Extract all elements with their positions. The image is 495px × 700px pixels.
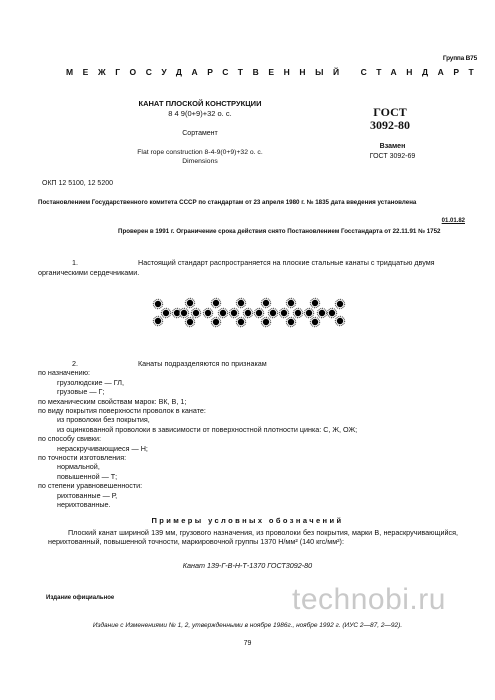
rope-diagram-icon — [150, 290, 350, 330]
item-g: грузовые — Г; — [38, 387, 468, 396]
example-designation: Канат 139-Г-В-Н-Т-1370 ГОСТ3092-80 — [0, 561, 495, 570]
subtitle-sortament: Сортамент — [100, 130, 300, 137]
replaces-standard: ГОСТ 3092-69 — [360, 152, 425, 162]
section-2-number: 2. — [38, 359, 74, 368]
official-edition-label: Издание официальное — [46, 595, 114, 601]
title-construction: 8 4 9(0+9)+32 о. с. — [100, 109, 300, 119]
document-title: КАНАТ ПЛОСКОЙ КОНСТРУКЦИИ 8 4 9(0+9)+32 … — [100, 99, 300, 119]
criteria-accuracy: по точности изготовления: — [38, 453, 468, 462]
okp-codes: ОКП 12 5100, 12 5200 — [42, 180, 113, 187]
item-galvanized: из оцинкованной проволоки в зависимости … — [38, 425, 468, 434]
replaces-block: Взамен ГОСТ 3092-69 — [360, 142, 425, 162]
section-2: 2.Канаты подразделяются по признакам по … — [38, 359, 468, 510]
replaces-label: Взамен — [360, 142, 425, 152]
section-1: 1.Настоящий стандарт распространяется на… — [38, 258, 458, 277]
section-2-lead-text: Канаты подразделяются по признакам — [138, 359, 267, 368]
introduction-date-value: 01.01.82 — [442, 218, 465, 224]
criteria-balance: по степени уравновешенности: — [38, 481, 468, 490]
item-r: рихтованные — Р, — [38, 491, 468, 500]
example-text: Плоский канат шириной 139 мм, грузового … — [48, 528, 458, 546]
rope-cross-section-figure — [150, 290, 350, 330]
section-1-text: Настоящий стандарт распространяется на п… — [38, 258, 435, 277]
criteria-coating: по виду покрытия поверхности проволок в … — [38, 406, 468, 415]
introduction-date: 01.01.82 — [442, 218, 465, 224]
item-uncoated: из проволоки без покрытия, — [38, 415, 468, 424]
item-gl: грузолюдские — ГЛ, — [38, 378, 468, 387]
checked-note: Проверен в 1991 г. Ограничение срока дей… — [118, 228, 440, 235]
item-normal: нормальной, — [38, 462, 468, 471]
gost-number-block: ГОСТ 3092-80 — [360, 106, 420, 132]
edition-note: Издание с Изменениями № 1, 2, утвержденн… — [0, 622, 495, 629]
section-1-number: 1. — [38, 258, 74, 268]
page-number: 79 — [0, 640, 495, 647]
title-ru: КАНАТ ПЛОСКОЙ КОНСТРУКЦИИ — [100, 99, 300, 109]
item-unstraightened: нерихтованные. — [38, 500, 468, 509]
title-en-line2: Dimensions — [100, 157, 300, 166]
criteria-lay: по способу свивки: — [38, 434, 468, 443]
title-english: Flat rope construction 8-4-9(0+9)+32 о. … — [100, 148, 300, 166]
criteria-purpose: по назначению: — [38, 368, 468, 377]
section-2-lead: 2.Канаты подразделяются по признакам — [38, 359, 468, 368]
item-n: нераскручивающиеся — Н; — [38, 444, 468, 453]
title-en-line1: Flat rope construction 8-4-9(0+9)+32 о. … — [100, 148, 300, 157]
watermark: technobi.ru — [292, 583, 446, 617]
examples-heading: Примеры условных обозначений — [0, 516, 495, 525]
item-t: повышенной — Т; — [38, 472, 468, 481]
group-code: Группа В75 — [443, 55, 477, 62]
standard-type-heading: МЕЖГОСУДАРСТВЕННЫЙ СТАНДАРТ — [66, 67, 483, 77]
gost-number: 3092-80 — [360, 119, 420, 132]
decree-text: Постановлением Государственного комитета… — [38, 199, 464, 207]
criteria-mechanical: по механическим свойствам марок: ВК, В, … — [38, 397, 468, 406]
